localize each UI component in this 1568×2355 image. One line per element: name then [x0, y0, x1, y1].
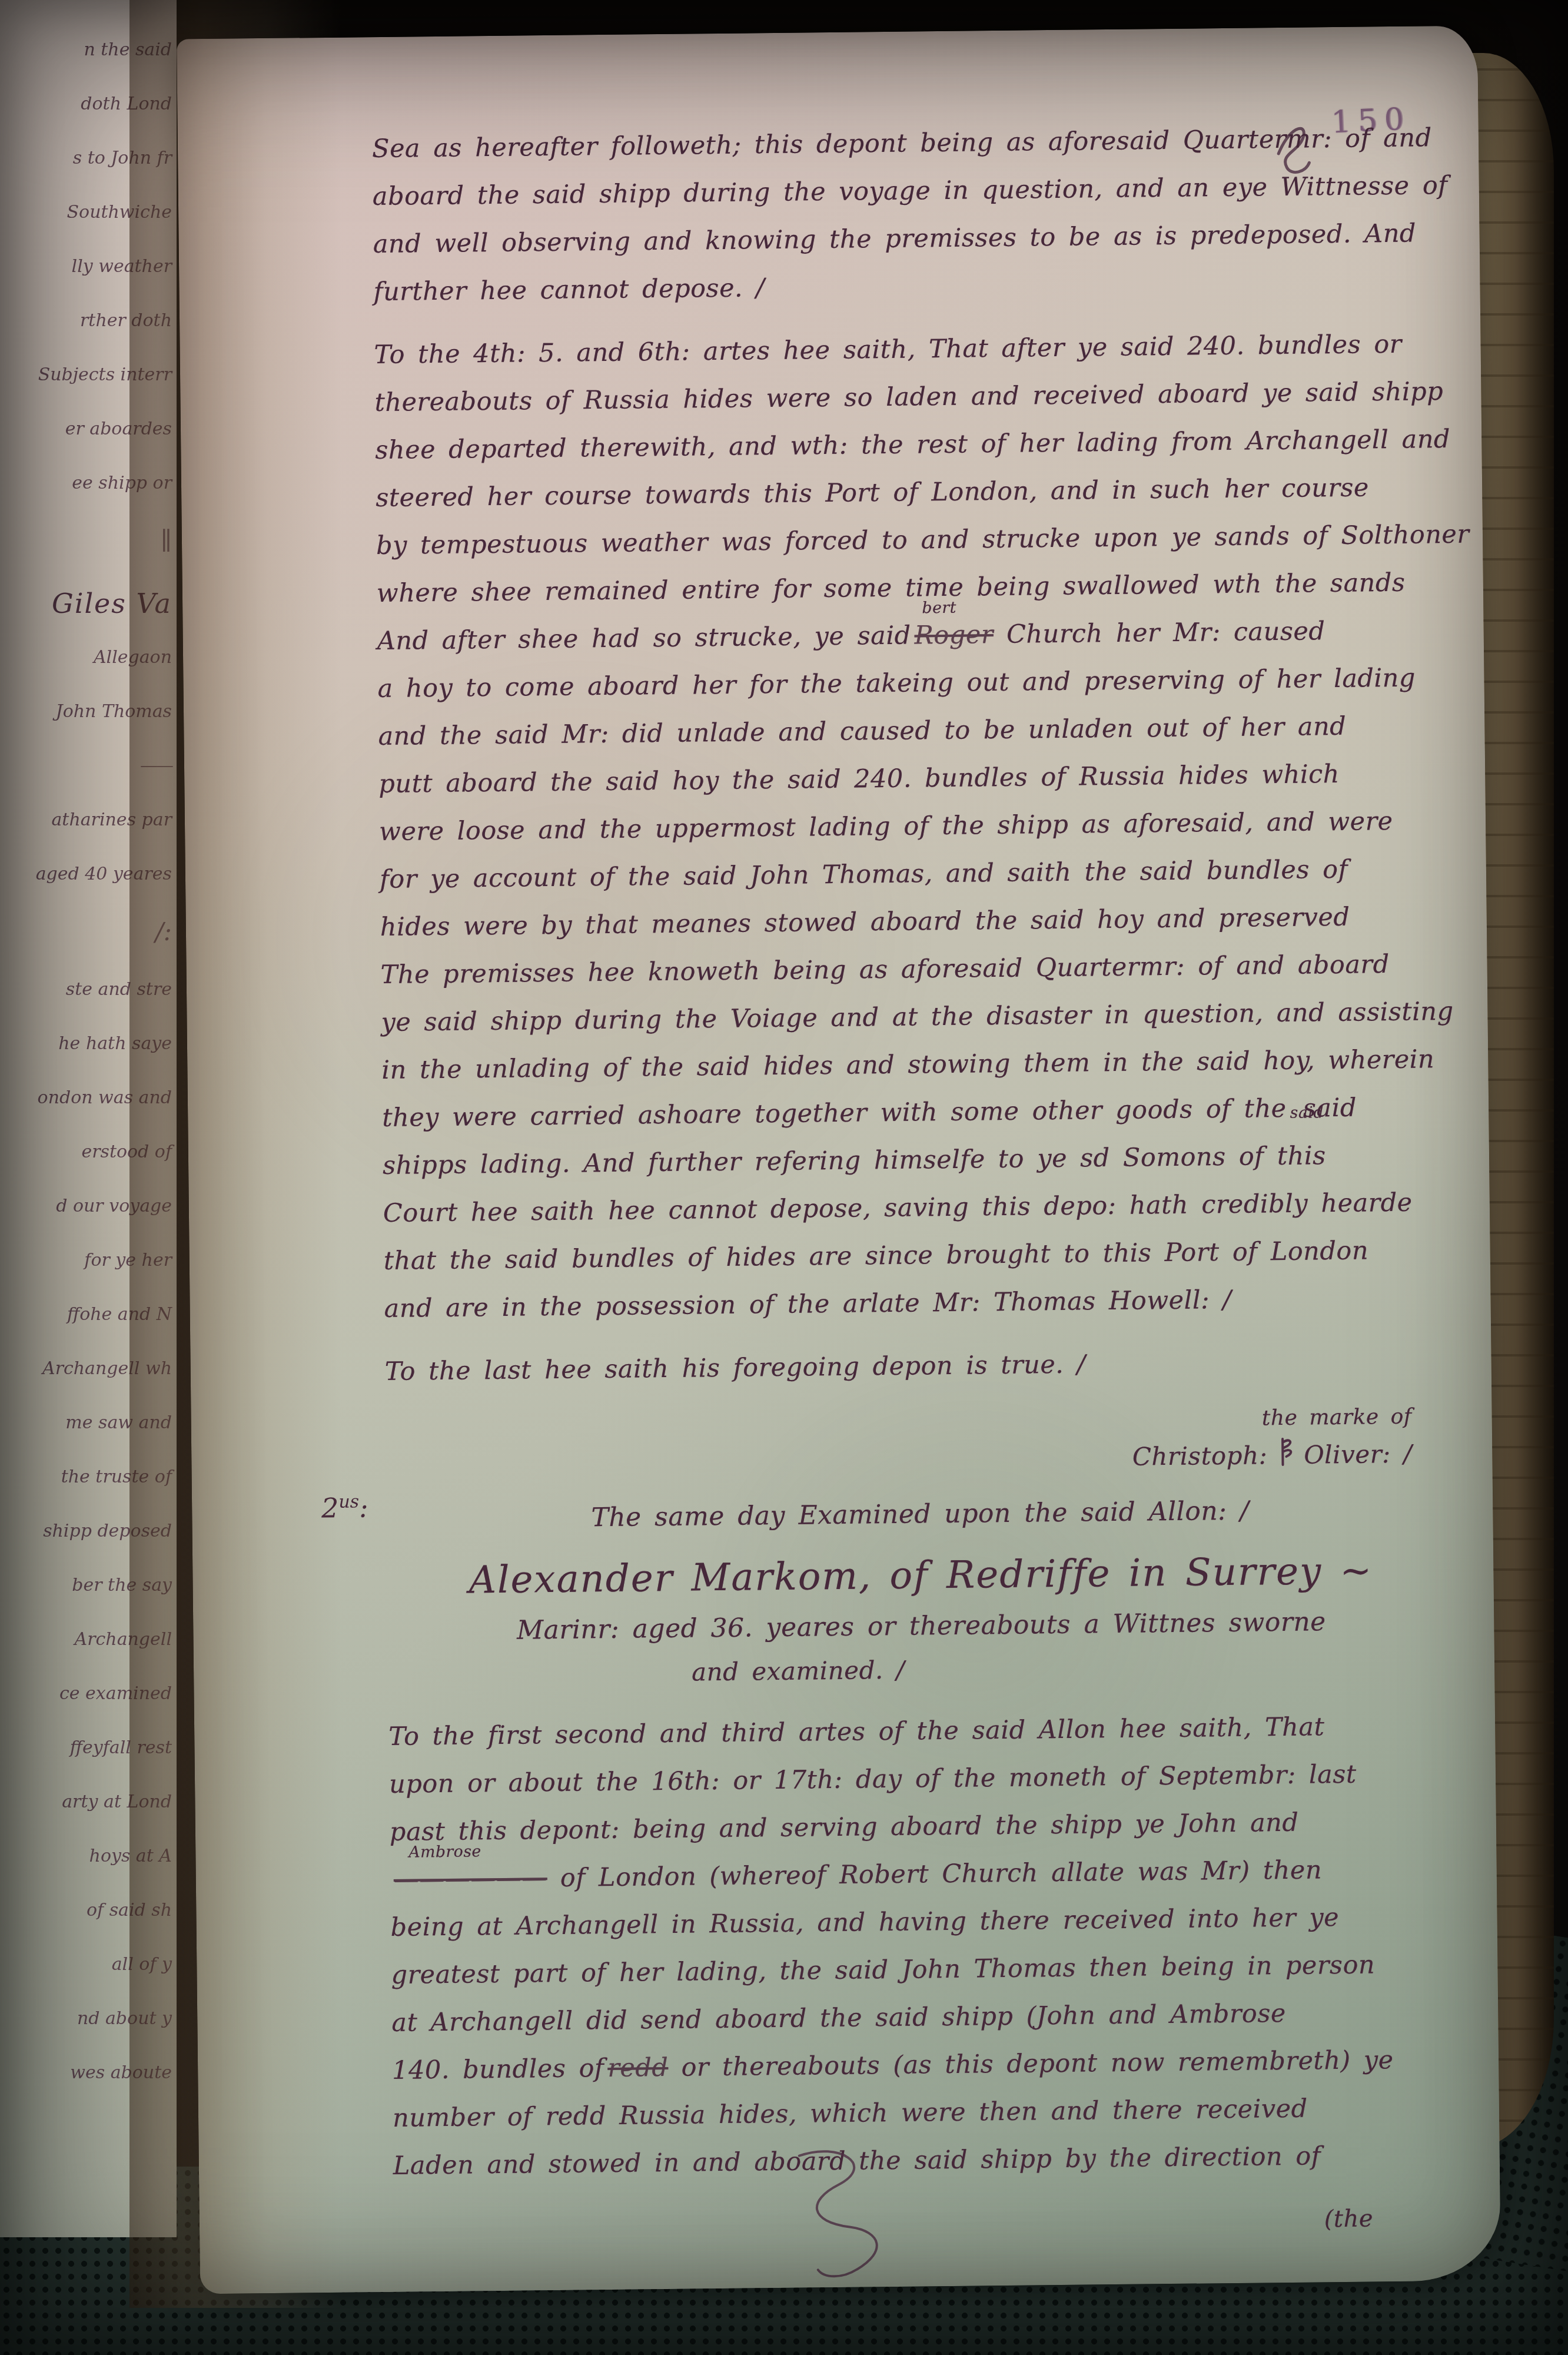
- facing-page-text-fragment: ber the say: [0, 1577, 177, 1594]
- facing-page-text-fragment: hoys at A: [0, 1847, 177, 1865]
- facing-page-text-fragment: lly weather: [0, 258, 177, 276]
- catchword: (the: [394, 2194, 1462, 2253]
- signature-name-right: Oliver: /: [1304, 1439, 1413, 1470]
- interlinear-insertion: bert: [922, 601, 956, 616]
- photo-background: n the saiddoth Londs to John frSouthwich…: [0, 0, 1568, 2355]
- manuscript-page: 150 2us: Sea as hereafter followeth; thi…: [177, 25, 1501, 2294]
- facing-page-text-fragment: erstood of: [0, 1143, 177, 1161]
- oliver-mark-icon: [1275, 1437, 1296, 1467]
- facing-page-text-fragment: me saw and: [0, 1414, 177, 1432]
- paragraph-continuation: Sea as hereafter followeth; this depont …: [372, 114, 1441, 316]
- facing-page-text-fragment: Archangell wh: [0, 1360, 177, 1378]
- facing-page-text-fragment: ee shipp or: [0, 475, 177, 492]
- facing-page-text-fragment: all of y: [0, 1956, 177, 1973]
- witness-number-marginal: 2us:: [321, 1491, 368, 1524]
- witness-description-line2: and examined. /: [388, 1646, 1209, 1697]
- flourish-mark: [782, 2145, 901, 2288]
- facing-page-text-fragment: ——: [0, 757, 177, 775]
- facing-page-text-fragment: s to John fr: [0, 150, 177, 167]
- signature-name-left: Christoph:: [1132, 1441, 1267, 1471]
- facing-page-text-fragment: Allegaon: [0, 649, 177, 666]
- facing-page-text-fragment: ce examined: [0, 1685, 177, 1703]
- facing-page-text-fragment: shipp deposed: [0, 1523, 177, 1540]
- paragraph-articles-4-5-6: To the 4th: 5. and 6th: artes hee saith,…: [374, 320, 1452, 1333]
- facing-page-text-fragment: nd about y: [0, 2010, 177, 2028]
- facing-page-text-fragment: d our voyage: [0, 1198, 177, 1215]
- facing-page-text-fragment: doth Lond: [0, 95, 177, 113]
- struck-through-word: Roger: [914, 620, 994, 650]
- facing-page-text-fragment: the truste of: [0, 1468, 177, 1486]
- facing-page-edge: n the saiddoth Londs to John frSouthwich…: [0, 0, 177, 2237]
- interlinear-insertion: Ambrose: [408, 1844, 481, 1860]
- paragraph-articles-1-2-3: To the first second and third artes of t…: [388, 1702, 1461, 2190]
- manuscript-line: To the last hee saith his foregoing depo…: [384, 1337, 1453, 1396]
- facing-page-text-fragment: ste and stre: [0, 981, 177, 999]
- witness-number-superscript: us: [338, 1491, 359, 1512]
- facing-page-text-fragment: Subjects interr: [0, 366, 177, 384]
- facing-page-text-fragment: John Thomas: [0, 703, 177, 721]
- facing-page-text-fragment: Southwiche: [0, 204, 177, 221]
- facing-page-text-fragment: arty at Lond: [0, 1793, 177, 1811]
- facing-page-text-fragment: he hath saye: [0, 1035, 177, 1053]
- facing-page-text-fragment: Archangell: [0, 1631, 177, 1648]
- same-day-heading: The same day Examined upon the said Allo…: [386, 1485, 1454, 1544]
- facing-page-signature-fragment: Giles Va: [0, 590, 177, 617]
- facing-page-text-fragment: n the said: [0, 41, 177, 59]
- facing-page-fragments: n the saiddoth Londs to John frSouthwich…: [0, 0, 177, 2082]
- facing-page-text-fragment: for ye her: [0, 1252, 177, 1269]
- facing-page-text-fragment: rther doth: [0, 312, 177, 330]
- facing-page-text-fragment: aged 40 yeares: [0, 865, 177, 883]
- facing-page-text-fragment: of said sh: [0, 1902, 177, 1919]
- paragraph-to-the-last: To the last hee saith his foregoing depo…: [384, 1337, 1453, 1396]
- struck-through-word: redd: [607, 2053, 669, 2083]
- struck-through-word: ——————: [394, 1863, 548, 1895]
- facing-page-text-fragment: /:: [0, 920, 177, 944]
- facing-page-text-fragment: wes aboute: [0, 2064, 177, 2082]
- witness-name-heading: Alexander Markom, of Redriffe in Surrey …: [387, 1542, 1455, 1610]
- attestation-block: the marke of Christoph:Oliver: /: [385, 1400, 1453, 1485]
- facing-page-text-fragment: er aboardes: [0, 420, 177, 438]
- facing-page-text-fragment: ffohe and N: [0, 1306, 177, 1324]
- facing-page-text-fragment: ffeyfall rest: [0, 1739, 177, 1757]
- witness-number-base: 2: [321, 1492, 339, 1524]
- facing-page-text-fragment: atharines par: [0, 811, 177, 829]
- facing-page-text-fragment: ∥: [0, 529, 177, 553]
- witness-number-tail: :: [359, 1492, 368, 1524]
- facing-page-text-fragment: ondon was and: [0, 1089, 177, 1107]
- manuscript-text-column: Sea as hereafter followeth; this depont …: [372, 114, 1462, 2253]
- interlinear-insertion: said: [1290, 1105, 1324, 1121]
